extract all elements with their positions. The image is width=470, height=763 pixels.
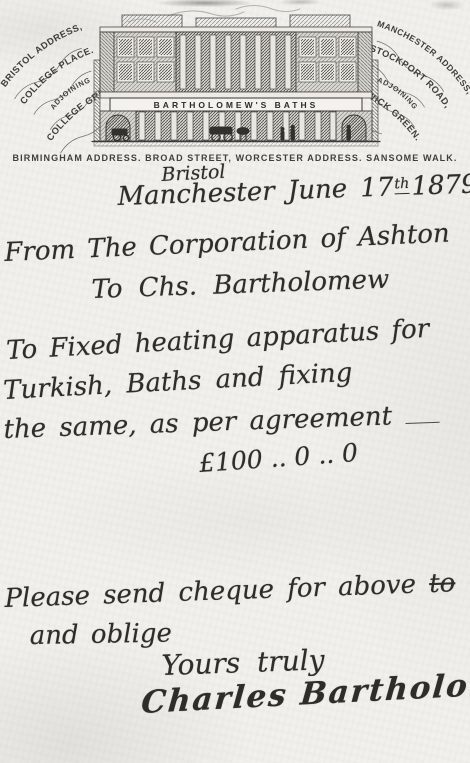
body-line-1: To Fixed heating apparatus for (6, 316, 430, 364)
date-year: 1879 (411, 169, 470, 201)
amount-line: £100 .. 0 .. 0 (198, 440, 358, 476)
closing-line: Yours truly (161, 646, 325, 680)
date-month-day: June 17 (287, 172, 394, 206)
request-text: Please send cheque for above (4, 570, 416, 614)
left-arch (106, 115, 130, 141)
letter-document: BRISTOL ADDRESS, COLLEGE PLACE. ADJOININ… (0, 0, 470, 763)
request-line-2: and oblige (30, 621, 173, 649)
request-line-1: Please send cheque for above to (4, 570, 456, 612)
from-line: From The Corporation of Ashton (4, 221, 450, 266)
building-engraving: BARTHOLOMEW'S BATHS (92, 6, 380, 147)
letterhead: BRISTOL ADDRESS, COLLEGE PLACE. ADJOININ… (0, 0, 470, 195)
place-word: Manchester (117, 177, 275, 212)
right-arch (342, 115, 366, 141)
body-line-2: Turkish, Baths and fixing (3, 360, 353, 404)
struck-word: to (429, 568, 456, 599)
building-sign-text: BARTHOLOMEW'S BATHS (154, 100, 319, 110)
body-line-3: the same, as per agreement (3, 402, 440, 443)
letterhead-city-line: BIRMINGHAM ADDRESS. BROAD STREET, WORCES… (0, 153, 470, 163)
body-line-3-text: the same, as per agreement (3, 401, 392, 445)
ink-flourish (405, 402, 440, 424)
to-line: To Chs. Bartholomew (91, 267, 390, 303)
sky-squiggle (236, 6, 300, 12)
date-ordinal: th (394, 176, 410, 195)
